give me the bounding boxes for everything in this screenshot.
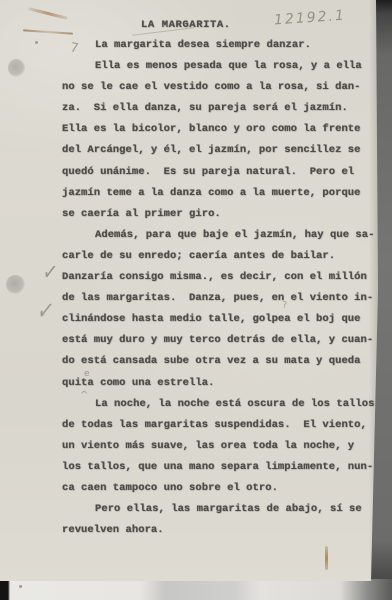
- typed-line: La margarita desea siempre danzar.: [62, 35, 392, 56]
- pencil-checkmark-1: ✓: [41, 259, 59, 288]
- hole-punch-middle: [6, 275, 25, 294]
- rust-stain-top-left-1: [28, 7, 67, 19]
- typed-line: quedó unánime. Es su pareja natural. Per…: [62, 162, 392, 183]
- rust-stain-top-left-2: [23, 29, 73, 34]
- typed-line: un viento más suave, las orea toda la no…: [62, 436, 392, 457]
- typed-line: no se le cae el vestido como a la rosa, …: [62, 77, 392, 98]
- pencil-caret: ^: [80, 390, 88, 401]
- typed-line: clinándose hasta medio talle, golpea el …: [62, 309, 392, 330]
- typed-line: za. Si ella danza, su pareja será el jaz…: [62, 98, 392, 119]
- typed-line: Ella es la bicolor, blanco y oro como la…: [62, 119, 392, 140]
- rust-mark-right: [325, 546, 328, 570]
- typed-line: jazmín teme a la danza como a la muerte,…: [62, 183, 392, 204]
- typed-line: de todas las margaritas suspendidas. El …: [62, 415, 392, 436]
- typed-line: Además, para que baje el jazmín, hay que…: [62, 225, 392, 246]
- hole-punch-top: [8, 59, 25, 77]
- typed-line: carle de su enredo; caería antes de bail…: [62, 246, 392, 267]
- archive-number-handwritten: 12192.1: [274, 8, 347, 29]
- typed-line: se caería al primer giro.: [62, 204, 392, 225]
- scanned-document: LA MARGARITA. La margarita desea siempre…: [0, 0, 392, 600]
- typed-line: La noche, la noche está oscura de los ta…: [62, 394, 392, 415]
- typed-line: Danzaría consigo misma., es decir, con e…: [62, 267, 392, 288]
- typed-line: está muy duro y muy terco detrás de ella…: [62, 330, 392, 351]
- typed-line: del Arcángel, y él, el jazmín, por senci…: [62, 140, 392, 161]
- typed-line: de las margaritas. Danza, pues, en el vi…: [62, 288, 392, 309]
- typed-line: Pero ellas, las margaritas de abajo, sí …: [62, 499, 392, 520]
- bottom-speck: [19, 585, 22, 588]
- pencil-insert-letter-e: e: [84, 369, 90, 379]
- typed-text-body: La margarita desea siempre danzar.Ella e…: [62, 35, 392, 541]
- typed-line: revuelven ahora.: [62, 520, 392, 541]
- typed-line: ca caen tampoco uno sobre el otro.: [62, 478, 392, 499]
- typed-line: los tallos, que una mano separa limpiame…: [62, 457, 392, 478]
- pencil-checkmark-2: ✓: [35, 295, 56, 329]
- typed-line: Ella es menos pesada que la rosa, y a el…: [62, 56, 392, 77]
- typed-line: quita como una estrella.: [62, 373, 392, 394]
- paper-sheet: LA MARGARITA. La margarita desea siempre…: [0, 0, 379, 581]
- pencil-question-mark: ?: [282, 300, 287, 311]
- bottom-scan-edge: [0, 579, 392, 600]
- rust-stain-dot: [35, 41, 38, 44]
- typed-line: do está cansada sube otra vez a su mata …: [62, 351, 392, 372]
